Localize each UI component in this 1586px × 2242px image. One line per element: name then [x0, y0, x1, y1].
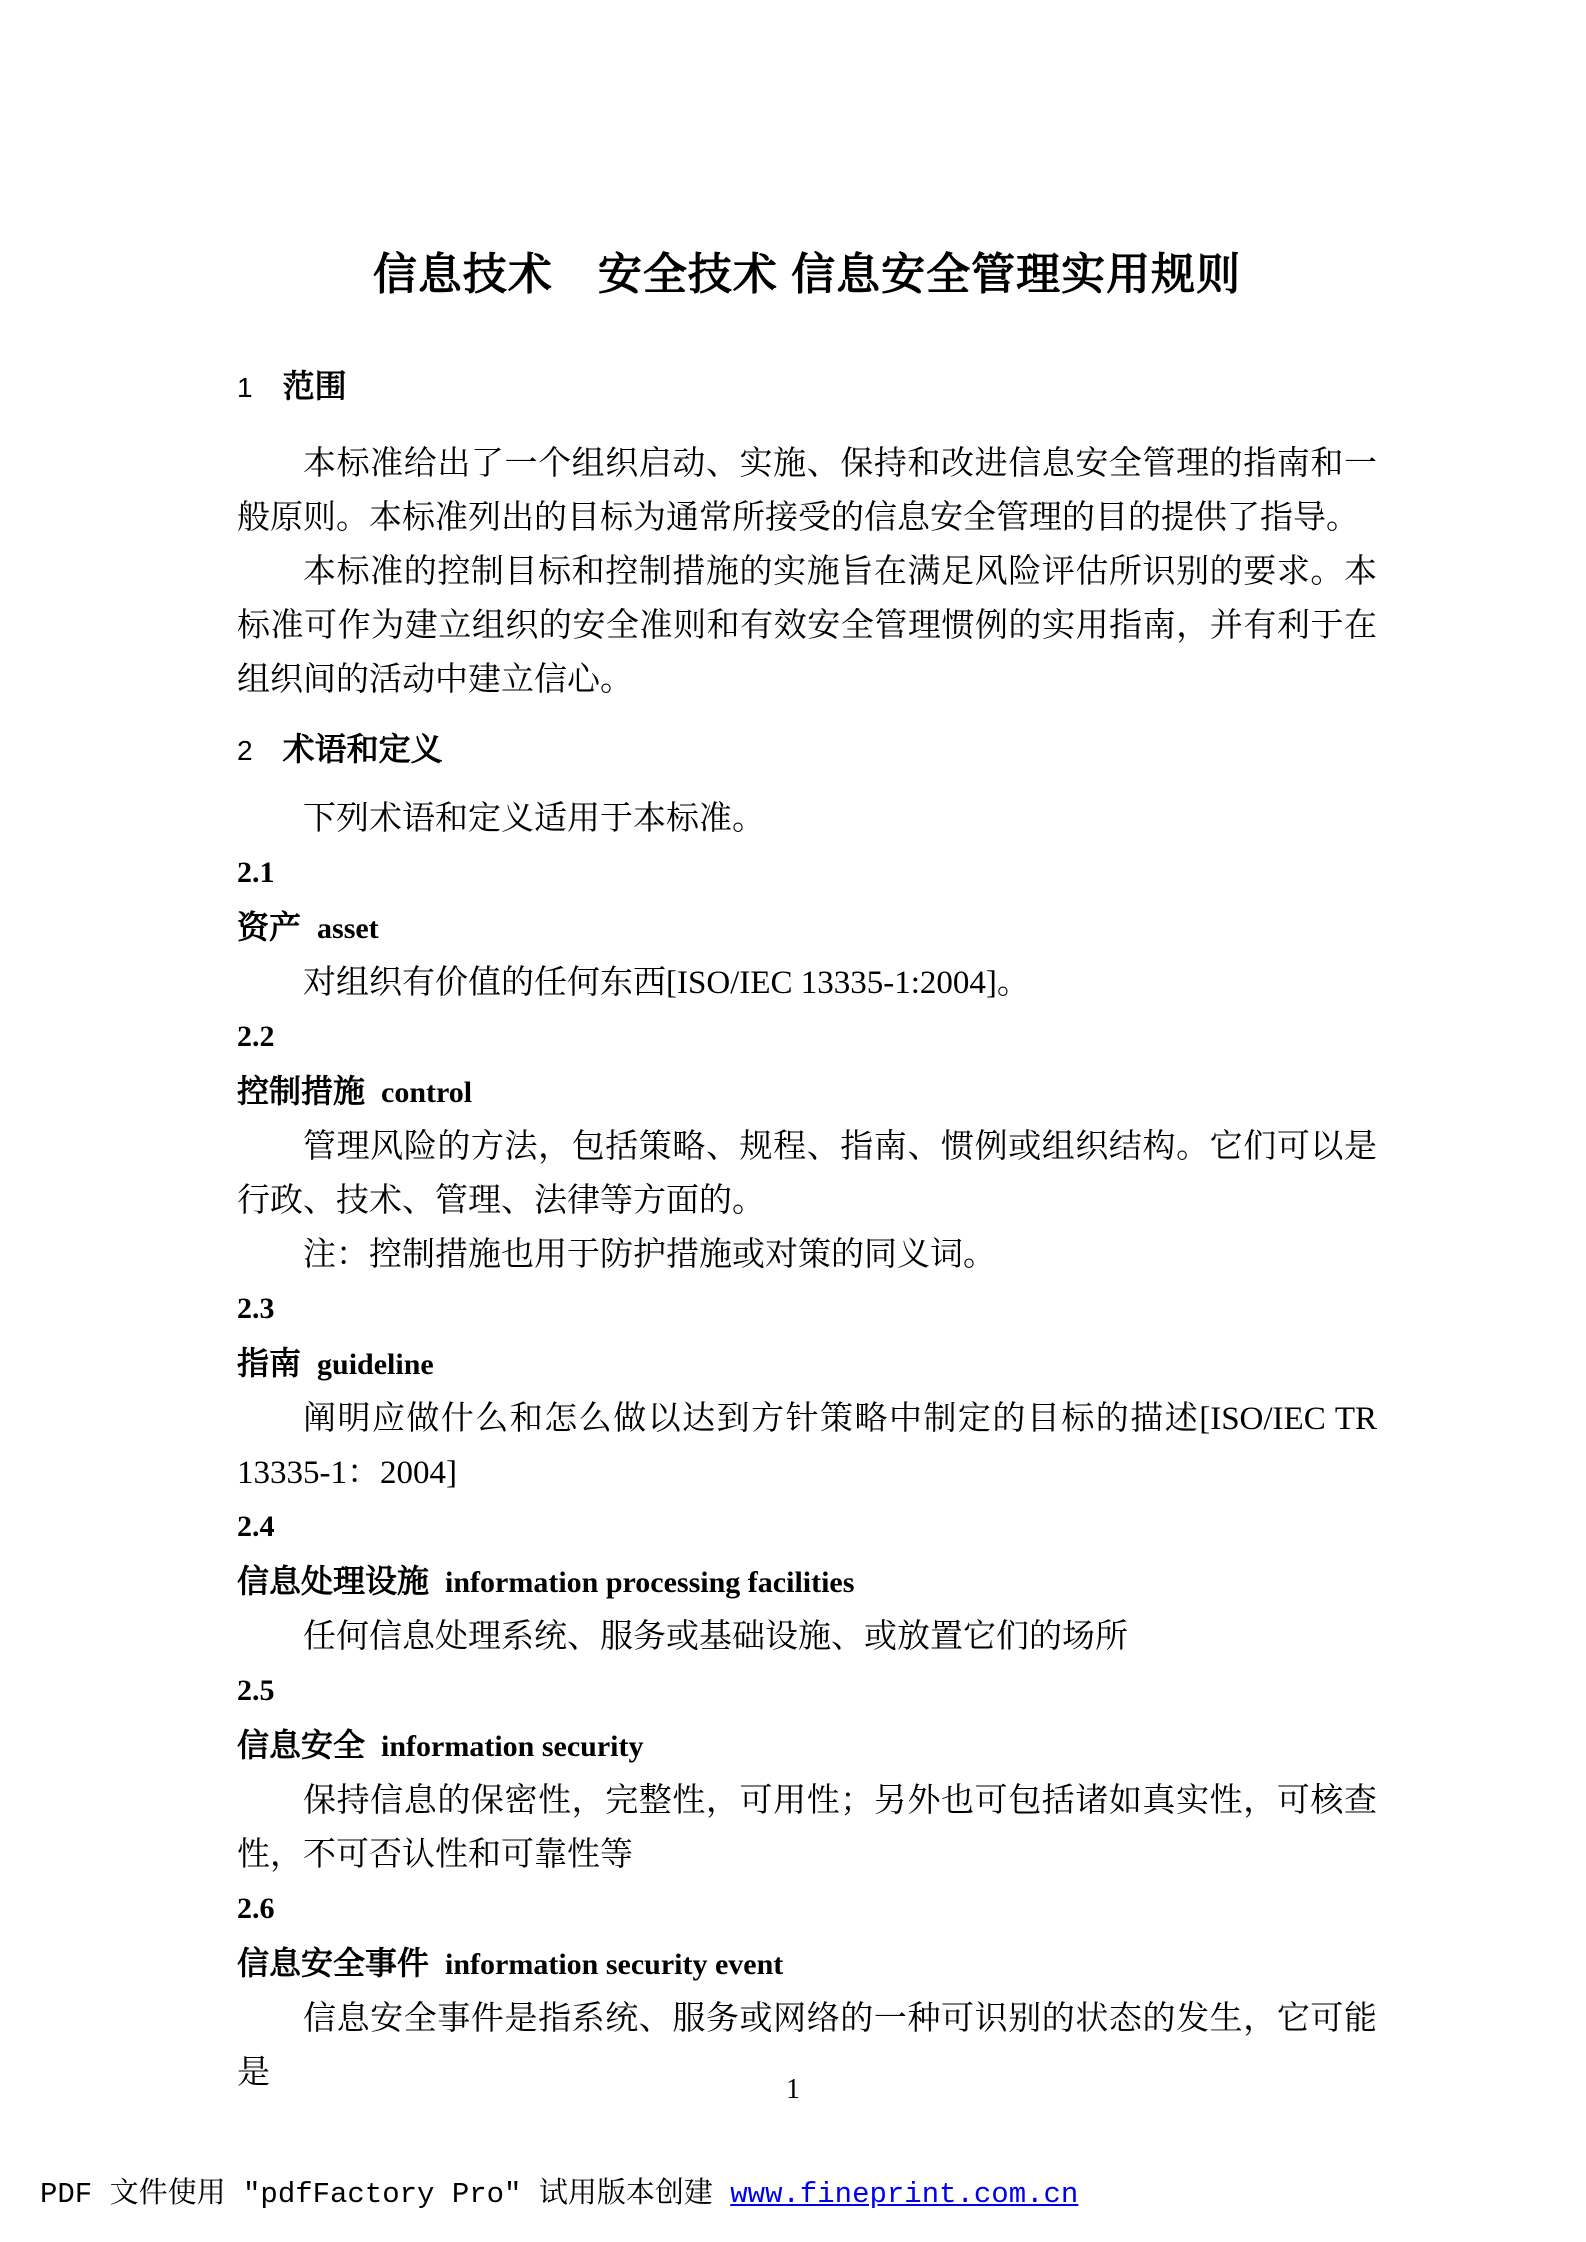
scope-paragraph-1: 本标准给出了一个组织启动、实施、保持和改进信息安全管理的指南和一般原则。本标准列… — [237, 437, 1377, 545]
term-name-en: information processing facilities — [445, 1566, 854, 1599]
term-name-zh: 资产 — [237, 909, 301, 945]
term-name: 指南guideline — [237, 1336, 1377, 1392]
document-page: 信息技术 安全技术 信息安全管理实用规则 1范围 本标准给出了一个组织启动、实施… — [0, 0, 1586, 2242]
section-heading-scope: 1范围 — [237, 364, 1377, 410]
term-name: 信息处理设施information processing facilities — [237, 1554, 1377, 1610]
footer-text: PDF 文件使用 ″pdfFactory Pro″ 试用版本创建 — [40, 2178, 730, 2211]
term-definition: 保持信息的保密性，完整性，可用性；另外也可包括诸如真实性，可核查性，不可否认性和… — [237, 1774, 1377, 1882]
section-number: 2 — [237, 729, 253, 773]
footer-link[interactable]: www.fineprint.com.cn — [730, 2178, 1078, 2211]
term-name: 控制措施control — [237, 1064, 1377, 1120]
term-name-en: guideline — [317, 1348, 434, 1381]
term-name-zh: 信息处理设施 — [237, 1563, 429, 1599]
term-name-en: information security event — [445, 1948, 783, 1981]
term-name-en: control — [381, 1076, 472, 1109]
term-note: 注：控制措施也用于防护措施或对策的同义词。 — [237, 1228, 1377, 1282]
term-name-zh: 信息安全事件 — [237, 1945, 429, 1981]
term-name-zh: 控制措施 — [237, 1073, 365, 1109]
term-id: 2.3 — [237, 1282, 1377, 1336]
term-definition: 阐明应做什么和怎么做以达到方针策略中制定的目标的描述[ISO/IEC TR 13… — [237, 1392, 1377, 1500]
term-name-zh: 信息安全 — [237, 1727, 365, 1763]
page-number: 1 — [0, 2076, 1586, 2104]
term-id: 2.2 — [237, 1010, 1377, 1064]
term-definition: 对组织有价值的任何东西[ISO/IEC 13335-1:2004]。 — [237, 956, 1377, 1010]
term-id: 2.1 — [237, 846, 1377, 900]
term-id: 2.4 — [237, 1500, 1377, 1554]
term-name-en: information security — [381, 1730, 643, 1763]
document-content: 信息技术 安全技术 信息安全管理实用规则 1范围 本标准给出了一个组织启动、实施… — [237, 0, 1377, 2100]
term-definition: 管理风险的方法，包括策略、规程、指南、惯例或组织结构。它们可以是行政、技术、管理… — [237, 1120, 1377, 1228]
terms-intro: 下列术语和定义适用于本标准。 — [237, 792, 1377, 846]
scope-paragraph-2: 本标准的控制目标和控制措施的实施旨在满足风险评估所识别的要求。本标准可作为建立组… — [237, 545, 1377, 707]
term-definition: 任何信息处理系统、服务或基础设施、或放置它们的场所 — [237, 1610, 1377, 1664]
section-number: 1 — [237, 366, 253, 410]
term-id: 2.6 — [237, 1882, 1377, 1936]
section-heading-terms: 2术语和定义 — [237, 727, 1377, 773]
term-id: 2.5 — [237, 1664, 1377, 1718]
term-name: 信息安全事件information security event — [237, 1936, 1377, 1992]
section-title: 范围 — [283, 368, 347, 404]
term-name: 信息安全information security — [237, 1718, 1377, 1774]
term-name-en: asset — [317, 912, 379, 945]
document-title: 信息技术 安全技术 信息安全管理实用规则 — [237, 250, 1377, 300]
section-title: 术语和定义 — [283, 731, 443, 767]
term-name-zh: 指南 — [237, 1345, 301, 1381]
term-name: 资产asset — [237, 900, 1377, 956]
pdf-watermark-footer: PDF 文件使用 ″pdfFactory Pro″ 试用版本创建 www.fin… — [40, 2175, 1078, 2215]
